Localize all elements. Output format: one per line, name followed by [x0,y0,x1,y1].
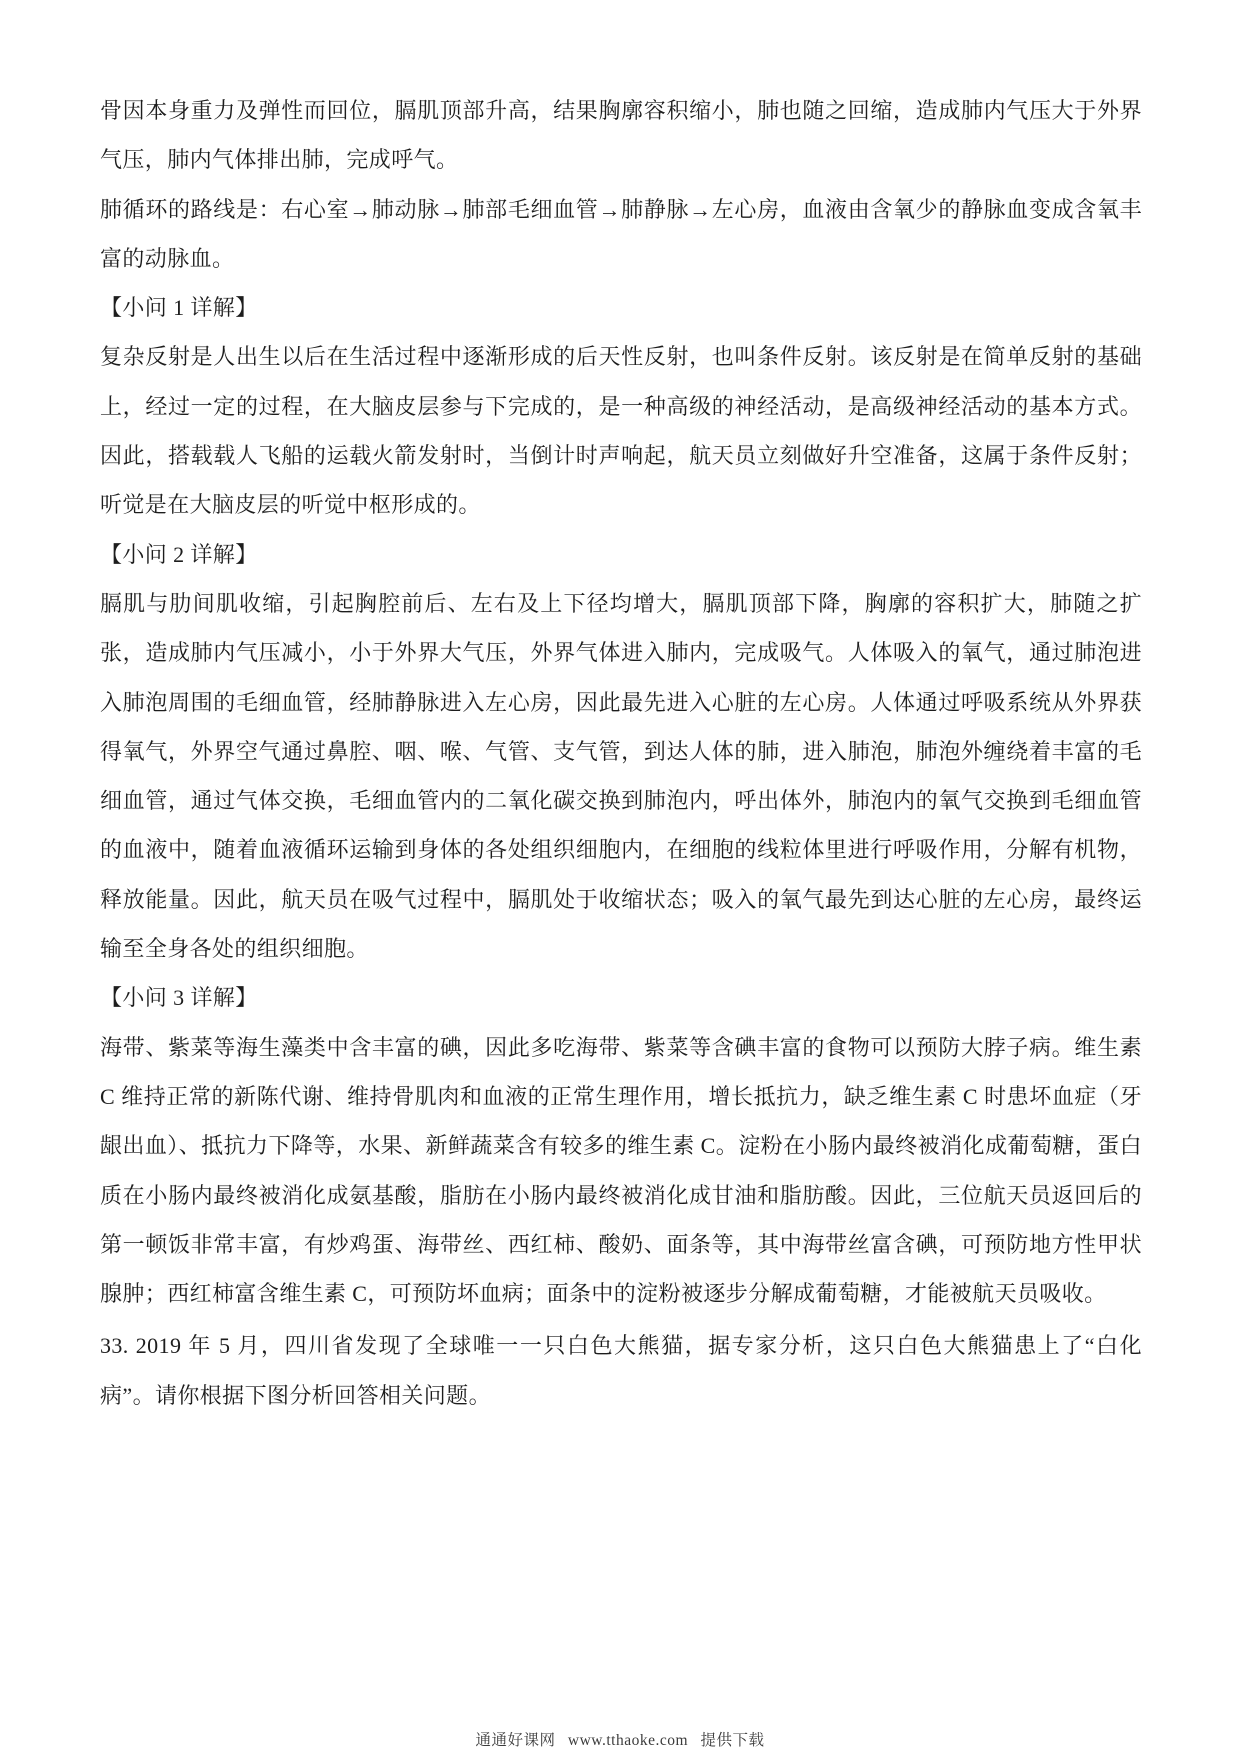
para-subquestion-1-analysis: 复杂反射是人出生以后在生活过程中逐渐形成的后天性反射，也叫条件反射。该反射是在简… [100,332,1142,529]
para-subquestion-2-analysis: 膈肌与肋间肌收缩，引起胸腔前后、左右及上下径均增大，膈肌顶部下降，胸廓的容积扩大… [100,579,1142,973]
footer-suffix: 提供下载 [700,1732,764,1749]
heading-subquestion-1: 【小问 1 详解】 [100,283,1142,332]
para-question-33: 33. 2019 年 5 月，四川省发现了全球唯一一只白色大熊猫，据专家分析，这… [100,1321,1142,1420]
heading-subquestion-3: 【小问 3 详解】 [100,973,1142,1022]
document-body: 骨因本身重力及弹性而回位，膈肌顶部升高，结果胸廓容积缩小，肺也随之回缩，造成肺内… [100,86,1142,1420]
document-page: 骨因本身重力及弹性而回位，膈肌顶部升高，结果胸廓容积缩小，肺也随之回缩，造成肺内… [0,0,1240,1754]
heading-subquestion-2: 【小问 2 详解】 [100,530,1142,579]
para-exhale-continuation: 骨因本身重力及弹性而回位，膈肌顶部升高，结果胸廓容积缩小，肺也随之回缩，造成肺内… [100,86,1142,185]
footer-url: www.tthaoke.com [568,1732,688,1749]
footer-site-name: 通通好课网 [476,1732,556,1749]
para-subquestion-3-analysis: 海带、紫菜等海生藻类中含丰富的碘，因此多吃海带、紫菜等含碘丰富的食物可以预防大脖… [100,1023,1142,1319]
footer: 通通好课网 www.tthaoke.com 提供下载 [0,1732,1240,1750]
para-pulmonary-circulation: 肺循环的路线是：右心室→肺动脉→肺部毛细血管→肺静脉→左心房，血液由含氧少的静脉… [100,185,1142,284]
